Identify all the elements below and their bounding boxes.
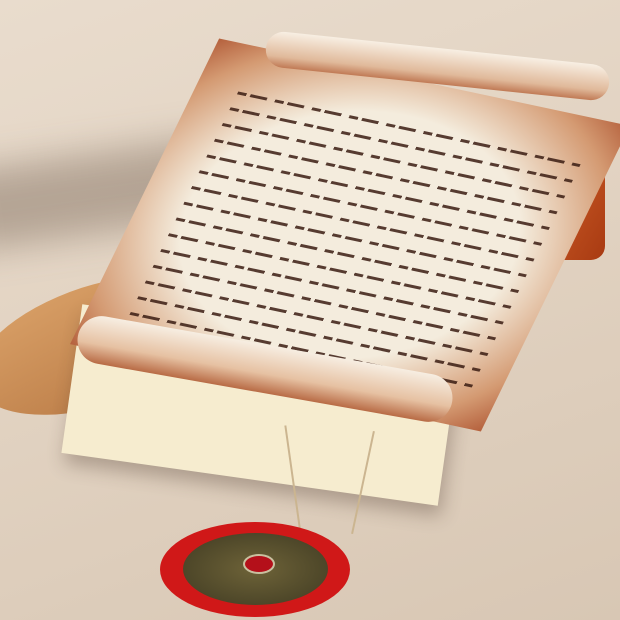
- seal-gem: [245, 556, 273, 572]
